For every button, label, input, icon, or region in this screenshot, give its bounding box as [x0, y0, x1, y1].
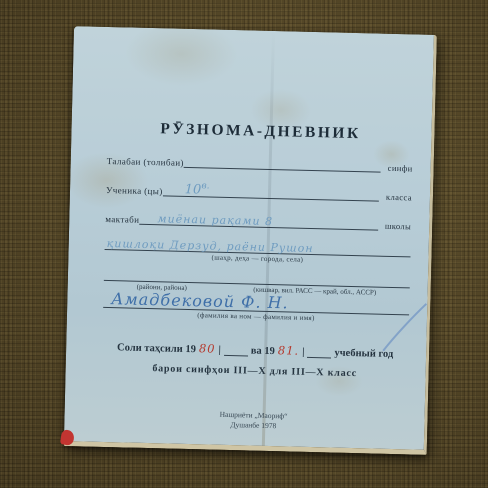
year-mid: ва 19	[251, 346, 275, 358]
photo-background-fabric: РӮЗНОМА-ДНЕВНИК Талабаи (толибаи) синфи …	[0, 0, 488, 488]
class-range-line: барои синфҳои III—X для III—X класс	[102, 362, 408, 380]
field-student-russian: Ученика (цы) 10в. класса	[106, 183, 412, 202]
student-tajik-label: Талабаи (толибаи)	[107, 156, 184, 168]
field-student-tajik: Талабаи (толибаи) синфи	[107, 154, 413, 173]
school-year-line: Соли таҳсили 1980| ва 1981.| учебный год	[102, 339, 408, 360]
publisher-imprint: Нашриёти „Маориф“ Душанбе 1978	[100, 407, 406, 435]
diary-cover: РӮЗНОМА-ДНЕВНИК Талабаи (толибаи) синфи …	[64, 26, 437, 455]
handwritten-year2: 81.	[278, 343, 300, 358]
handwritten-class-number: 10в.	[185, 181, 210, 198]
handwritten-year1: 80	[199, 341, 216, 355]
cover-content: РӮЗНОМА-ДНЕВНИК Талабаи (толибаи) синфи …	[64, 26, 434, 450]
year-bar2: |	[302, 347, 305, 358]
year-blank1	[224, 346, 248, 357]
grade-russian-label: класса	[379, 192, 412, 203]
school-tajik-label: мактаби	[105, 214, 139, 225]
handwritten-class-letter: в.	[201, 181, 209, 191]
year-bar1: |	[218, 345, 221, 356]
student-russian-blank-line: 10в.	[163, 184, 380, 201]
student-russian-label: Ученика (цы)	[106, 185, 163, 196]
field-school-tajik: мактаби миёнаи рақами 8 школы	[105, 212, 411, 231]
year-prefix: Соли таҳсили 19	[117, 342, 196, 355]
diary-title: РӮЗНОМА-ДНЕВНИК	[107, 119, 413, 144]
school-blank-line: миёнаи рақами 8	[139, 213, 378, 231]
student-tajik-blank-line	[184, 156, 381, 173]
year-suffix: учебный год	[334, 348, 393, 360]
school-russian-label: школы	[378, 221, 412, 232]
grade-tajik-label: синфи	[381, 163, 413, 174]
year-blank2	[307, 348, 331, 359]
handwritten-school-name: миёнаи рақами 8	[157, 212, 273, 228]
